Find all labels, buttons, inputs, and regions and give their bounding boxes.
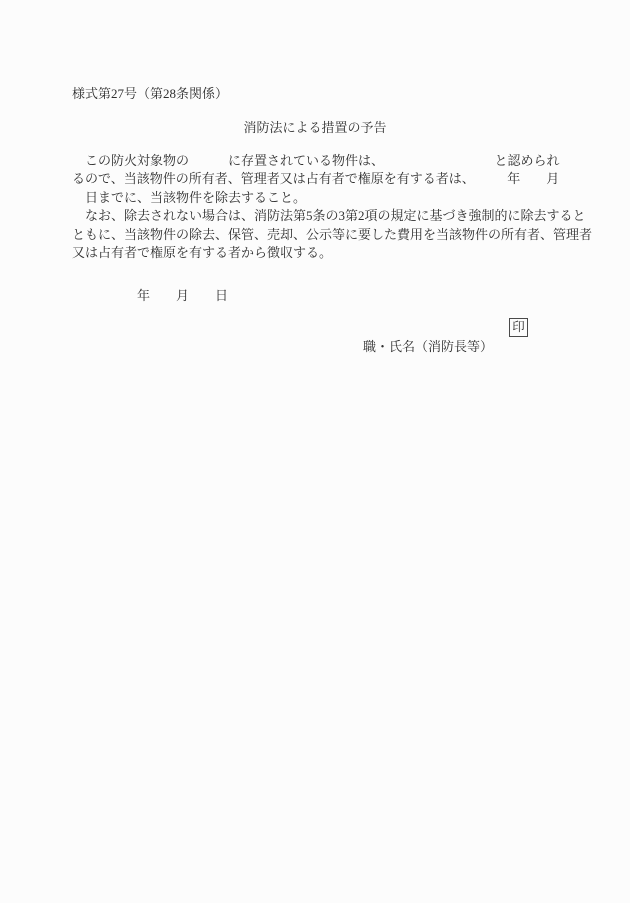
body-line-6: 又は占有者で権原を有する者から徴収する。 — [72, 244, 585, 262]
form-number: 様式第27号（第28条関係） — [72, 83, 228, 102]
document-title: 消防法による措置の予告 — [0, 117, 630, 136]
body-text: この防火対象物の に存置されている物件は、 と認められ るので、当該物件の所有者… — [72, 152, 585, 262]
body-line-5: ともに、当該物件の除去、保管、売却、公示等に要した費用を当該物件の所有者、管理者 — [72, 226, 585, 244]
body-line-4: なお、除去されない場合は、消防法第5条の3第2項の規定に基づき強制的に除去すると — [72, 207, 585, 225]
body-line-1: この防火対象物の に存置されている物件は、 と認められ — [72, 152, 585, 170]
body-line-3: 日までに、当該物件を除去すること。 — [72, 189, 585, 207]
signature-line: 職・氏名（消防長等） 印 — [350, 320, 493, 387]
document-page: 様式第27号（第28条関係） 消防法による措置の予告 この防火対象物の に存置さ… — [0, 0, 630, 903]
body-line-2: るので、当該物件の所有者、管理者又は占有者で権原を有する者は、 年 月 — [72, 170, 585, 188]
signature-label: 職・氏名（消防長等） — [363, 339, 493, 354]
date-line: 年 月 日 — [72, 285, 228, 304]
seal-mark: 印 — [509, 318, 528, 337]
